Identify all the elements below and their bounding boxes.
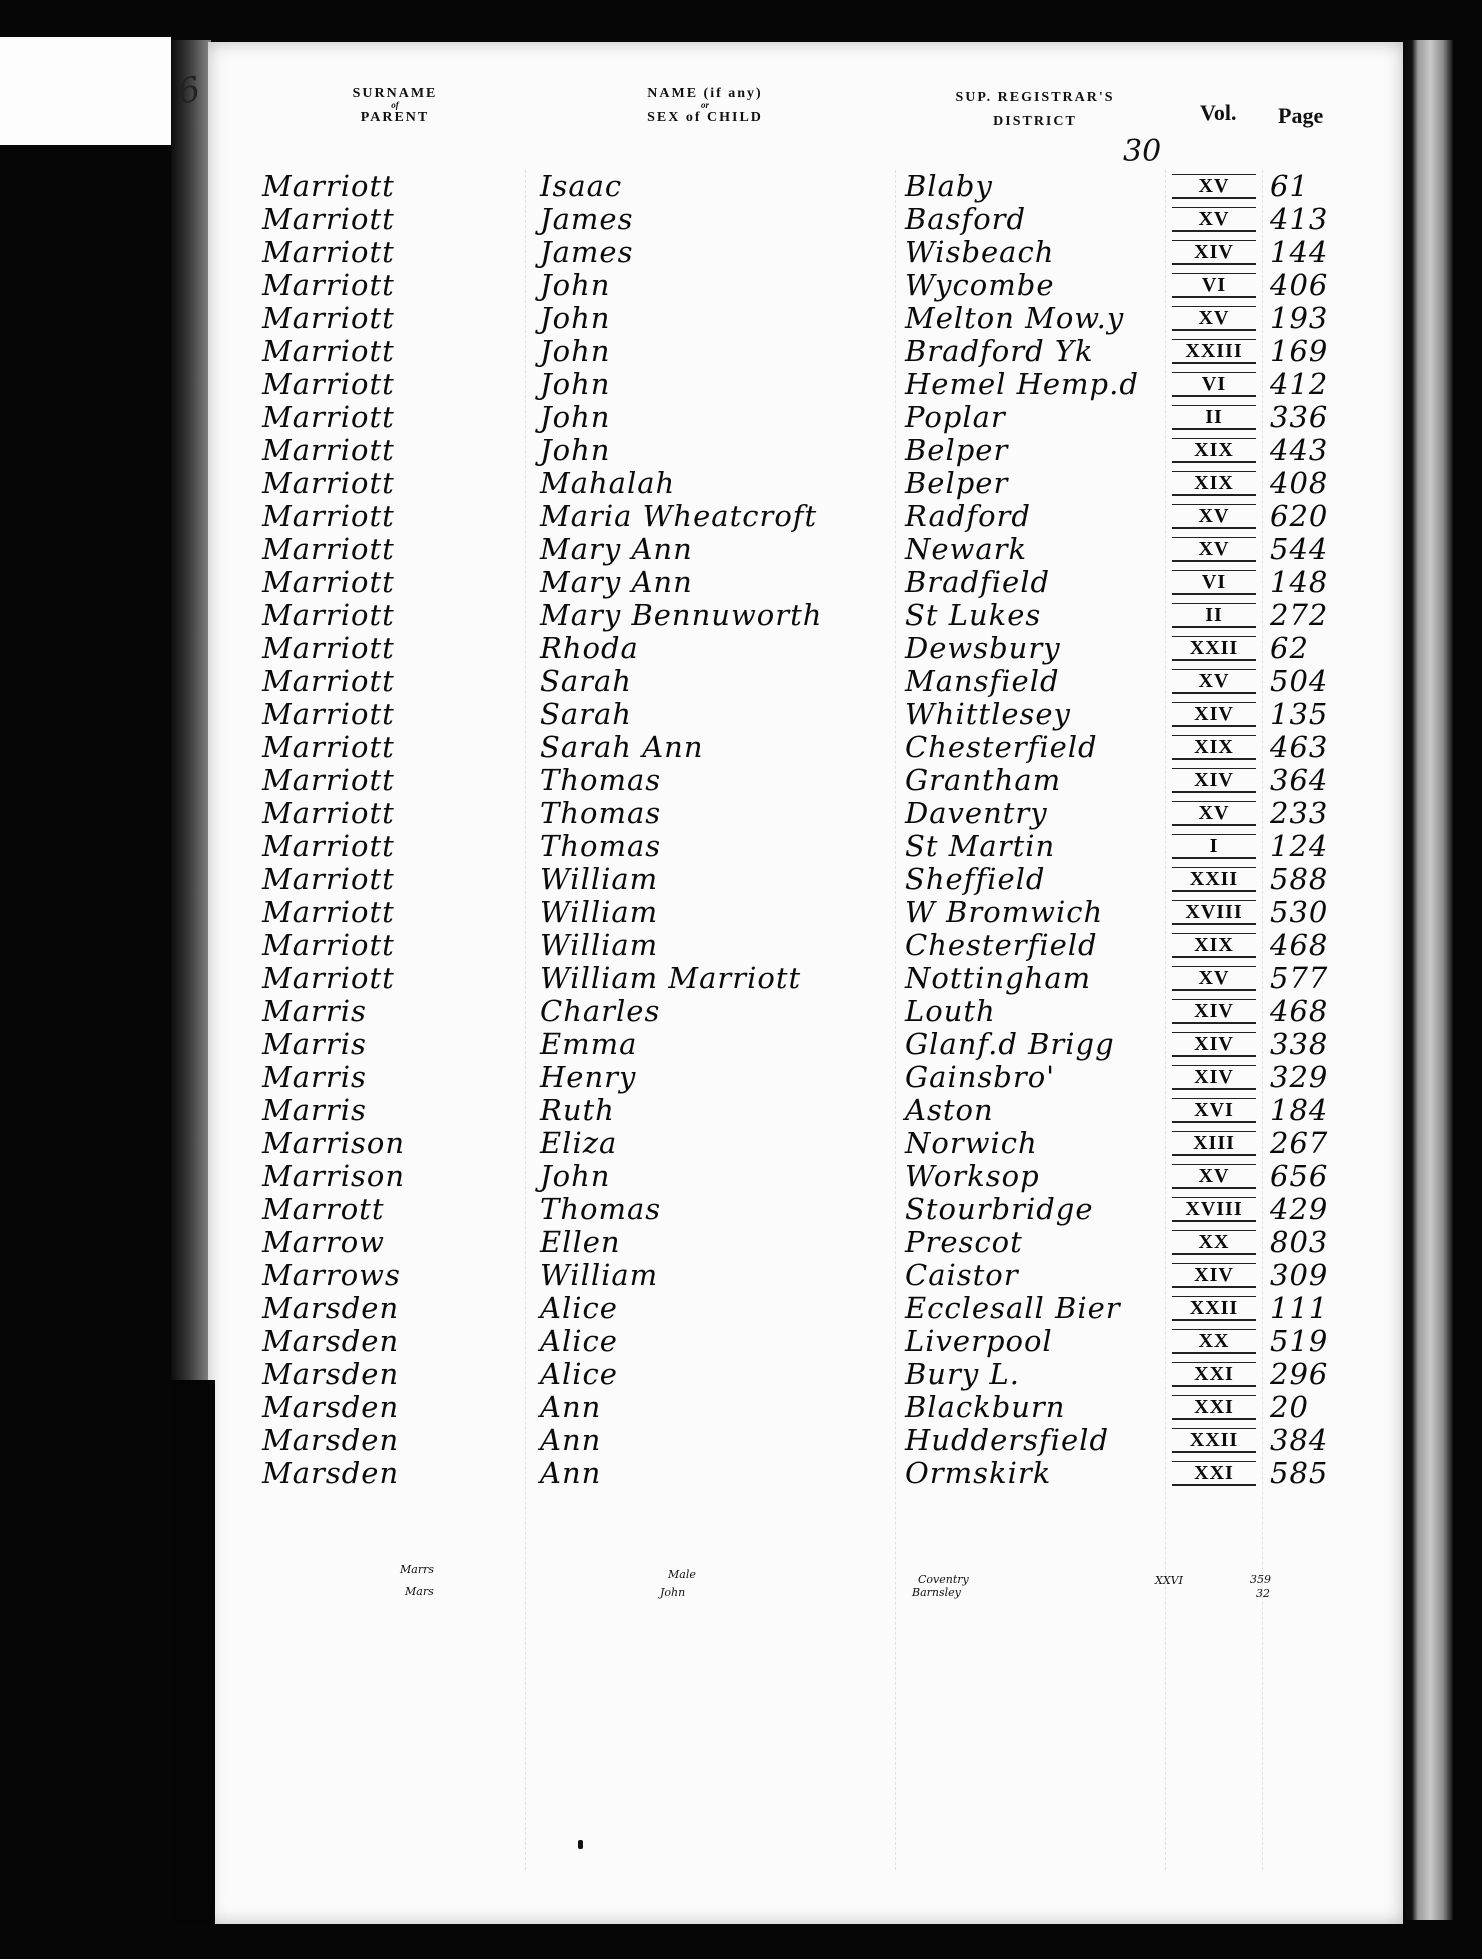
- volume: XVIII: [1172, 1197, 1256, 1222]
- volume: XV: [1172, 306, 1256, 331]
- annotation-surname-correction: Mars: [405, 1585, 434, 1598]
- child-name: John: [540, 368, 610, 401]
- registrar-district: Gainsbro': [905, 1061, 1055, 1094]
- volume: XIX: [1172, 735, 1256, 760]
- registrar-district: Ecclesall Bier: [905, 1292, 1121, 1325]
- page-number: 412: [1270, 368, 1328, 401]
- child-name: William: [540, 929, 658, 962]
- registrar-district: Mansfield: [905, 665, 1060, 698]
- child-name: Ellen: [540, 1226, 621, 1259]
- registrar-district: St Martin: [905, 830, 1055, 863]
- child-name: Emma: [540, 1028, 637, 1061]
- surname-of-parent: Marrows: [262, 1259, 401, 1292]
- surname-of-parent: Marsden: [262, 1325, 399, 1358]
- volume: XV: [1172, 537, 1256, 562]
- register-row: MarrowsWilliamCaistorXIV309: [0, 1259, 1482, 1292]
- surname-of-parent: Marrott: [262, 1193, 384, 1226]
- page-number: 463: [1270, 731, 1328, 764]
- surname-of-parent: Marriott: [262, 929, 395, 962]
- page-number: 193: [1270, 302, 1328, 335]
- child-name: John: [540, 269, 610, 302]
- page-number: 504: [1270, 665, 1328, 698]
- registrar-district: Hemel Hemp.d: [905, 368, 1139, 401]
- register-row: MarsdenAnnHuddersfieldXXII384: [0, 1424, 1482, 1457]
- surname-of-parent: Marriott: [262, 203, 395, 236]
- page-number: 267: [1270, 1127, 1328, 1160]
- volume: XV: [1172, 1164, 1256, 1189]
- child-name: Ann: [540, 1424, 601, 1457]
- registrar-district: Stourbridge: [905, 1193, 1094, 1226]
- register-row: MarrisonElizaNorwichXIII267: [0, 1127, 1482, 1160]
- annotation-district-correction: Barnsley: [912, 1586, 961, 1599]
- page-number: 408: [1270, 467, 1328, 500]
- register-row: MarriottSarahWhittleseyXIV135: [0, 698, 1482, 731]
- register-row: MarsdenAnnBlackburnXXI20: [0, 1391, 1482, 1424]
- child-name: Alice: [540, 1292, 618, 1325]
- surname-of-parent: Marriott: [262, 632, 395, 665]
- child-name: William: [540, 1259, 658, 1292]
- registrar-district: Melton Mow.y: [905, 302, 1124, 335]
- volume: VI: [1172, 570, 1256, 595]
- page-number: 544: [1270, 533, 1328, 566]
- registrar-district: Caistor: [905, 1259, 1019, 1292]
- register-row: MarriottJohnPoplarII336: [0, 401, 1482, 434]
- registrar-district: Radford: [905, 500, 1031, 533]
- page-number: 656: [1270, 1160, 1328, 1193]
- registrar-district: Basford: [905, 203, 1026, 236]
- child-name: William: [540, 896, 658, 929]
- registrar-district: Bradford Yk: [905, 335, 1094, 368]
- child-name: Ann: [540, 1457, 601, 1490]
- volume: XXI: [1172, 1461, 1256, 1486]
- surname-of-parent: Marriott: [262, 401, 395, 434]
- child-name: John: [540, 1160, 610, 1193]
- page-number: 413: [1270, 203, 1328, 236]
- volume: XV: [1172, 174, 1256, 199]
- register-row: MarriottRhodaDewsburyXXII62: [0, 632, 1482, 665]
- registrar-district: Whittlesey: [905, 698, 1071, 731]
- register-row: MarrisEmmaGlanf.d BriggXIV338: [0, 1028, 1482, 1061]
- child-name: James: [540, 236, 633, 269]
- child-name: Isaac: [540, 170, 622, 203]
- surname-of-parent: Marris: [262, 1061, 367, 1094]
- registrar-district: Wycombe: [905, 269, 1054, 302]
- register-row: MarriottThomasSt MartinI124: [0, 830, 1482, 863]
- volume: I: [1172, 834, 1256, 859]
- page-number: 169: [1270, 335, 1328, 368]
- child-name: Ruth: [540, 1094, 615, 1127]
- child-name: Mahalah: [540, 467, 675, 500]
- register-row: MarrisHenryGainsbro'XIV329: [0, 1061, 1482, 1094]
- surname-of-parent: Marriott: [262, 764, 395, 797]
- register-row: MarsdenAliceBury L.XXI296: [0, 1358, 1482, 1391]
- volume: XXII: [1172, 636, 1256, 661]
- child-name: Rhoda: [540, 632, 639, 665]
- page-number: 111: [1270, 1292, 1328, 1325]
- child-name: Henry: [540, 1061, 636, 1094]
- registrar-district: St Lukes: [905, 599, 1041, 632]
- volume: XIV: [1172, 768, 1256, 793]
- surname-of-parent: Marrow: [262, 1226, 385, 1259]
- page-number: 338: [1270, 1028, 1328, 1061]
- annotation-district-correction: Coventry: [918, 1573, 969, 1586]
- volume: XVI: [1172, 1098, 1256, 1123]
- registrar-district: Daventry: [905, 797, 1048, 830]
- registrar-district: Newark: [905, 533, 1027, 566]
- registrar-district: Worksop: [905, 1160, 1040, 1193]
- surname-of-parent: Marriott: [262, 269, 395, 302]
- annotation-page-correction: 32: [1256, 1587, 1270, 1600]
- surname-of-parent: Marris: [262, 1094, 367, 1127]
- page-number: 803: [1270, 1226, 1328, 1259]
- page-number: 61: [1270, 170, 1309, 203]
- register-row: MarrisonJohnWorksopXV656: [0, 1160, 1482, 1193]
- page-number: 588: [1270, 863, 1328, 896]
- page-number: 309: [1270, 1259, 1328, 1292]
- volume: XXII: [1172, 1296, 1256, 1321]
- page-number: 62: [1270, 632, 1309, 665]
- annotation-vol-correction: XXVI: [1155, 1574, 1183, 1587]
- child-name: Thomas: [540, 1193, 661, 1226]
- surname-of-parent: Marriott: [262, 236, 395, 269]
- register-row: MarriottJohnBradford YkXXIII169: [0, 335, 1482, 368]
- register-row: MarriottThomasGranthamXIV364: [0, 764, 1482, 797]
- surname-of-parent: Marriott: [262, 830, 395, 863]
- page-number: 620: [1270, 500, 1328, 533]
- surname-of-parent: Marriott: [262, 170, 395, 203]
- volume: XIX: [1172, 438, 1256, 463]
- child-name: Eliza: [540, 1127, 617, 1160]
- child-name: Sarah Ann: [540, 731, 704, 764]
- register-row: MarrisRuthAstonXVI184: [0, 1094, 1482, 1127]
- page-number: 296: [1270, 1358, 1328, 1391]
- child-name: Sarah: [540, 665, 632, 698]
- page-number: 124: [1270, 830, 1328, 863]
- registrar-district: Louth: [905, 995, 996, 1028]
- page-number: 144: [1270, 236, 1328, 269]
- child-name: William Marriott: [540, 962, 801, 995]
- page-number: 384: [1270, 1424, 1328, 1457]
- register-row: MarriottJamesWisbeachXIV144: [0, 236, 1482, 269]
- registrar-district: Dewsbury: [905, 632, 1061, 665]
- registrar-district: Sheffield: [905, 863, 1045, 896]
- surname-of-parent: Marriott: [262, 863, 395, 896]
- page-number: 429: [1270, 1193, 1328, 1226]
- page-number: 329: [1270, 1061, 1328, 1094]
- child-name: Maria Wheatcroft: [540, 500, 817, 533]
- page-number: 530: [1270, 896, 1328, 929]
- register-row: MarriottJohnHemel Hemp.dVI412: [0, 368, 1482, 401]
- page-number: 364: [1270, 764, 1328, 797]
- registrar-district: Liverpool: [905, 1325, 1053, 1358]
- volume: XV: [1172, 801, 1256, 826]
- surname-of-parent: Marriott: [262, 698, 395, 731]
- register-row: MarriottWilliamSheffieldXXII588: [0, 863, 1482, 896]
- surname-of-parent: Marsden: [262, 1358, 399, 1391]
- page-number: 233: [1270, 797, 1328, 830]
- volume: XIV: [1172, 1065, 1256, 1090]
- child-name: John: [540, 335, 610, 368]
- register-row: MarrisCharlesLouthXIV468: [0, 995, 1482, 1028]
- volume: XIV: [1172, 1032, 1256, 1057]
- surname-of-parent: Marris: [262, 995, 367, 1028]
- volume: XV: [1172, 669, 1256, 694]
- page-number: 135: [1270, 698, 1328, 731]
- registrar-district: Wisbeach: [905, 236, 1054, 269]
- surname-of-parent: Marriott: [262, 566, 395, 599]
- register-row: MarriottJamesBasfordXV413: [0, 203, 1482, 236]
- page-number: 184: [1270, 1094, 1328, 1127]
- registrar-district: Chesterfield: [905, 731, 1098, 764]
- registrar-district: Poplar: [905, 401, 1006, 434]
- surname-of-parent: Marriott: [262, 434, 395, 467]
- child-name: Alice: [540, 1325, 618, 1358]
- child-name: Thomas: [540, 797, 661, 830]
- register-row: MarriottJohnMelton Mow.yXV193: [0, 302, 1482, 335]
- volume: XVIII: [1172, 900, 1256, 925]
- surname-of-parent: Marriott: [262, 665, 395, 698]
- page-number: 585: [1270, 1457, 1328, 1490]
- surname-of-parent: Marriott: [262, 368, 395, 401]
- volume: VI: [1172, 372, 1256, 397]
- page-number: 406: [1270, 269, 1328, 302]
- registrar-district: Chesterfield: [905, 929, 1098, 962]
- surname-of-parent: Marriott: [262, 335, 395, 368]
- register-row: MarriottSarahMansfieldXV504: [0, 665, 1482, 698]
- child-name: John: [540, 302, 610, 335]
- register-row: MarriottMary BennuworthSt LukesII272: [0, 599, 1482, 632]
- register-entries: MarriottIsaacBlabyXV61MarriottJamesBasfo…: [0, 0, 1482, 1959]
- register-row: MarsdenAnnOrmskirkXXI585: [0, 1457, 1482, 1490]
- annotation-sex-correction: Male: [668, 1568, 696, 1581]
- register-row: MarriottMary AnnBradfieldVI148: [0, 566, 1482, 599]
- surname-of-parent: Marriott: [262, 896, 395, 929]
- child-name: Thomas: [540, 830, 661, 863]
- volume: XV: [1172, 207, 1256, 232]
- ink-dot: [578, 1840, 583, 1849]
- volume: XIV: [1172, 1263, 1256, 1288]
- page-number: 148: [1270, 566, 1328, 599]
- surname-of-parent: Marriott: [262, 500, 395, 533]
- page-number: 468: [1270, 995, 1328, 1028]
- annotation-page-correction: 359: [1250, 1573, 1271, 1586]
- surname-of-parent: Marriott: [262, 731, 395, 764]
- register-row: MarriottWilliamW BromwichXVIII530: [0, 896, 1482, 929]
- volume: XX: [1172, 1230, 1256, 1255]
- surname-of-parent: Marsden: [262, 1457, 399, 1490]
- volume: XIX: [1172, 471, 1256, 496]
- register-row: MarriottThomasDaventryXV233: [0, 797, 1482, 830]
- register-row: MarriottSarah AnnChesterfieldXIX463: [0, 731, 1482, 764]
- surname-of-parent: Marriott: [262, 962, 395, 995]
- volume: VI: [1172, 273, 1256, 298]
- volume: XIV: [1172, 999, 1256, 1024]
- register-row: MarriottJohnWycombeVI406: [0, 269, 1482, 302]
- child-name: John: [540, 434, 610, 467]
- registrar-district: Norwich: [905, 1127, 1038, 1160]
- register-row: MarrowEllenPrescotXX803: [0, 1226, 1482, 1259]
- registrar-district: Aston: [905, 1094, 994, 1127]
- surname-of-parent: Marriott: [262, 599, 395, 632]
- registrar-district: Bradfield: [905, 566, 1050, 599]
- volume: XIII: [1172, 1131, 1256, 1156]
- surname-of-parent: Marsden: [262, 1292, 399, 1325]
- registrar-district: Belper: [905, 434, 1008, 467]
- register-row: MarsdenAliceLiverpoolXX519: [0, 1325, 1482, 1358]
- child-name: Ann: [540, 1391, 601, 1424]
- registrar-district: Huddersfield: [905, 1424, 1109, 1457]
- child-name: Thomas: [540, 764, 661, 797]
- registrar-district: Grantham: [905, 764, 1061, 797]
- page-number: 443: [1270, 434, 1328, 467]
- registrar-district: Glanf.d Brigg: [905, 1028, 1115, 1061]
- child-name: Charles: [540, 995, 660, 1028]
- registrar-district: Prescot: [905, 1226, 1023, 1259]
- surname-of-parent: Marriott: [262, 797, 395, 830]
- volume: XV: [1172, 966, 1256, 991]
- registrar-district: W Bromwich: [905, 896, 1103, 929]
- child-name: Alice: [540, 1358, 618, 1391]
- child-name: John: [540, 401, 610, 434]
- volume: XV: [1172, 504, 1256, 529]
- register-row: MarriottMaria WheatcroftRadfordXV620: [0, 500, 1482, 533]
- registrar-district: Nottingham: [905, 962, 1091, 995]
- page-number: 468: [1270, 929, 1328, 962]
- register-row: MarriottJohnBelperXIX443: [0, 434, 1482, 467]
- surname-of-parent: Marris: [262, 1028, 367, 1061]
- volume: XIV: [1172, 702, 1256, 727]
- volume: II: [1172, 603, 1256, 628]
- volume: XIV: [1172, 240, 1256, 265]
- volume: XXIII: [1172, 339, 1256, 364]
- surname-of-parent: Marriott: [262, 467, 395, 500]
- annotation-surname-correction: Marrs: [400, 1563, 434, 1576]
- register-row: MarriottMary AnnNewarkXV544: [0, 533, 1482, 566]
- page-number: 336: [1270, 401, 1328, 434]
- surname-of-parent: Marsden: [262, 1391, 399, 1424]
- child-name: Mary Ann: [540, 566, 693, 599]
- child-name: William: [540, 863, 658, 896]
- volume: XIX: [1172, 933, 1256, 958]
- register-row: MarriottMahalahBelperXIX408: [0, 467, 1482, 500]
- page-number: 577: [1270, 962, 1328, 995]
- surname-of-parent: Marriott: [262, 302, 395, 335]
- registrar-district: Belper: [905, 467, 1008, 500]
- register-row: MarrottThomasStourbridgeXVIII429: [0, 1193, 1482, 1226]
- volume: XXII: [1172, 867, 1256, 892]
- volume: XX: [1172, 1329, 1256, 1354]
- page-number: 519: [1270, 1325, 1328, 1358]
- register-row: MarriottIsaacBlabyXV61: [0, 170, 1482, 203]
- surname-of-parent: Marrison: [262, 1127, 405, 1160]
- annotation-name-correction: John: [660, 1586, 685, 1599]
- volume: II: [1172, 405, 1256, 430]
- page-number: 20: [1270, 1391, 1309, 1424]
- volume: XXI: [1172, 1395, 1256, 1420]
- child-name: James: [540, 203, 633, 236]
- register-row: MarriottWilliam MarriottNottinghamXV577: [0, 962, 1482, 995]
- registrar-district: Bury L.: [905, 1358, 1020, 1391]
- registrar-district: Blaby: [905, 170, 993, 203]
- page-number: 272: [1270, 599, 1328, 632]
- register-row: MarsdenAliceEcclesall BierXXII111: [0, 1292, 1482, 1325]
- register-row: MarriottWilliamChesterfieldXIX468: [0, 929, 1482, 962]
- child-name: Mary Bennuworth: [540, 599, 822, 632]
- registrar-district: Ormskirk: [905, 1457, 1051, 1490]
- surname-of-parent: Marrison: [262, 1160, 405, 1193]
- child-name: Mary Ann: [540, 533, 693, 566]
- volume: XXI: [1172, 1362, 1256, 1387]
- child-name: Sarah: [540, 698, 632, 731]
- surname-of-parent: Marriott: [262, 533, 395, 566]
- registrar-district: Blackburn: [905, 1391, 1065, 1424]
- volume: XXII: [1172, 1428, 1256, 1453]
- surname-of-parent: Marsden: [262, 1424, 399, 1457]
